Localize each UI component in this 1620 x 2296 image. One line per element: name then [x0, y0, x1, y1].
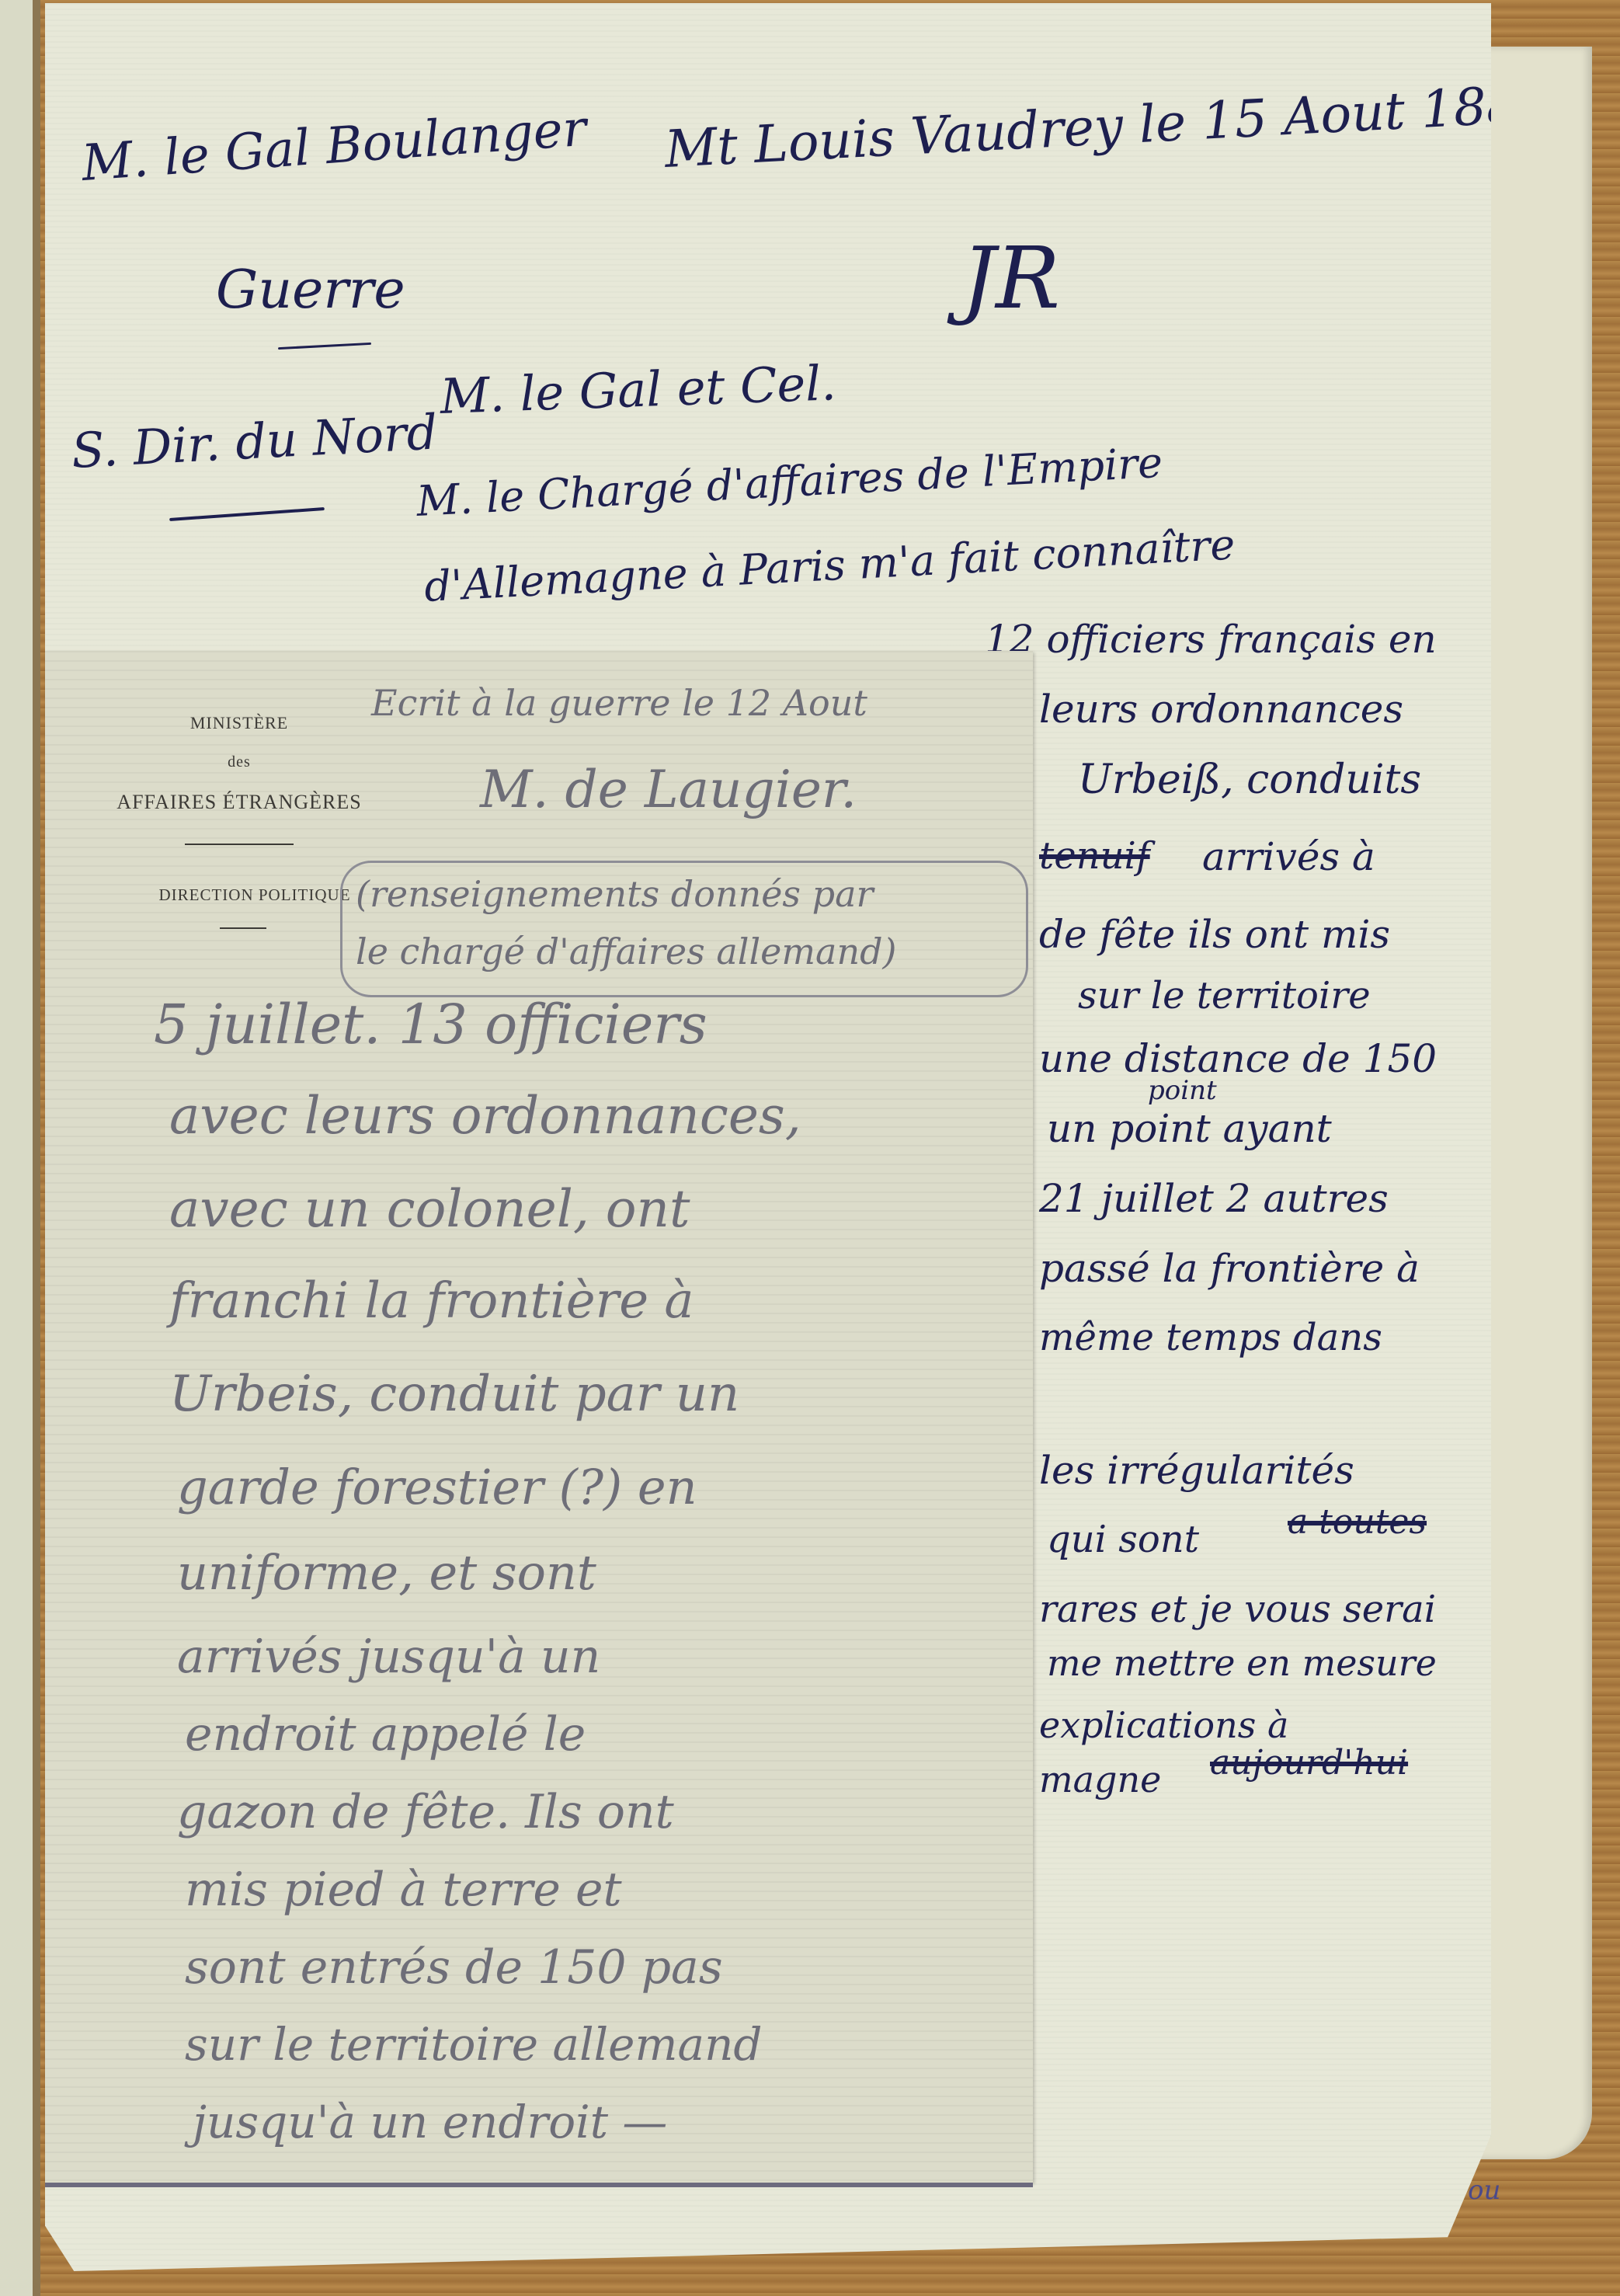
note-body-line: avec un colonel, ont: [169, 1179, 690, 1239]
body-line: de fête ils ont mis: [1039, 912, 1390, 957]
pencil-caption: le chargé d'affaires allemand): [356, 931, 896, 972]
body-line: passé la frontière à: [1039, 1246, 1420, 1291]
body-line: les irrégularités: [1039, 1448, 1354, 1493]
underlying-page-edge: [70, 2276, 1545, 2296]
edge-fragment: ou: [1468, 2175, 1500, 2206]
letterhead-line: des: [107, 753, 371, 771]
note-body-line: sur le territoire allemand: [185, 2018, 763, 2071]
body-line: qui sont: [1047, 1518, 1199, 1561]
body-line: magne: [1039, 1759, 1161, 1800]
letterhead-line: MINISTÈRE: [107, 713, 371, 733]
note-body-line: endroit appelé le: [185, 1707, 586, 1762]
margin-bureau: S. Dir. du Nord: [70, 403, 439, 479]
struck-word: tenuif: [1039, 834, 1150, 878]
note-body-line: sont entrés de 150 pas: [185, 1940, 723, 1995]
body-line: me mettre en mesure: [1047, 1642, 1437, 1684]
margin-addressee: M. le Gal Boulanger: [80, 100, 589, 193]
note-body-line: franchi la frontière à: [169, 1272, 694, 1330]
pencil-caption: (renseignements donnés par: [356, 873, 874, 915]
body-line: Urbeiß, conduits: [1078, 757, 1421, 803]
interlinear-insert: point: [1148, 1075, 1217, 1106]
body-line: M. le Chargé d'affaires de l'Empire: [415, 438, 1164, 526]
letterhead-ornament: [220, 927, 266, 929]
pasted-ministry-note: MINISTÈRE des AFFAIRES ÉTRANGÈRES DIRECT…: [45, 651, 1033, 2183]
underline-rule: [278, 343, 371, 350]
letterhead-ornament: [185, 844, 294, 845]
letterhead-line: AFFAIRES ÉTRANGÈRES: [68, 791, 410, 814]
body-line: un point ayant: [1047, 1106, 1332, 1151]
pencil-header: Ecrit à la guerre le 12 Aout: [371, 682, 867, 724]
underline-rule: [169, 507, 325, 521]
margin-department: Guerre: [216, 259, 405, 321]
struck-word: a toutes: [1288, 1502, 1427, 1542]
salutation: M. le Gal et Cel.: [439, 354, 836, 425]
body-line: arrivés à: [1202, 834, 1375, 879]
pencil-name: M. de Laugier.: [480, 760, 857, 819]
note-body-line: Urbeis, conduit par un: [169, 1365, 739, 1423]
initials-paraph: JR: [961, 228, 1060, 328]
note-body-line: arrivés jusqu'à un: [177, 1630, 600, 1684]
note-body-line: avec leurs ordonnances,: [169, 1086, 801, 1146]
note-body-line: garde forestier (?) en: [177, 1459, 697, 1515]
body-line: d'Allemagne à Paris m'a fait connaître: [423, 520, 1236, 611]
note-body-line: 5 juillet. 13 officiers: [154, 993, 707, 1056]
body-line: 21 juillet 2 autres: [1039, 1176, 1389, 1221]
left-adjacent-page: [0, 0, 40, 2296]
body-line: explications à: [1039, 1704, 1288, 1746]
body-line: même temps dans: [1039, 1316, 1382, 1359]
note-body-line: gazon de fête. Ils ont: [177, 1785, 674, 1839]
body-line: une distance de 150: [1039, 1036, 1437, 1081]
body-line: 12 officiers français en: [985, 617, 1437, 662]
body-line: sur le territoire: [1078, 974, 1371, 1018]
struck-word: aujourd'hui: [1210, 1743, 1408, 1783]
note-body-line: mis pied à terre et: [185, 1863, 622, 1917]
body-line: rares et je vous serai: [1039, 1588, 1436, 1631]
body-line: leurs ordonnances: [1039, 687, 1403, 732]
note-body-line: jusqu'à un endroit —: [193, 2096, 667, 2148]
note-body-line: uniforme, et sont: [177, 1544, 596, 1601]
dateline: Mt Louis Vaudrey le 15 Aout 1886.: [663, 72, 1570, 179]
